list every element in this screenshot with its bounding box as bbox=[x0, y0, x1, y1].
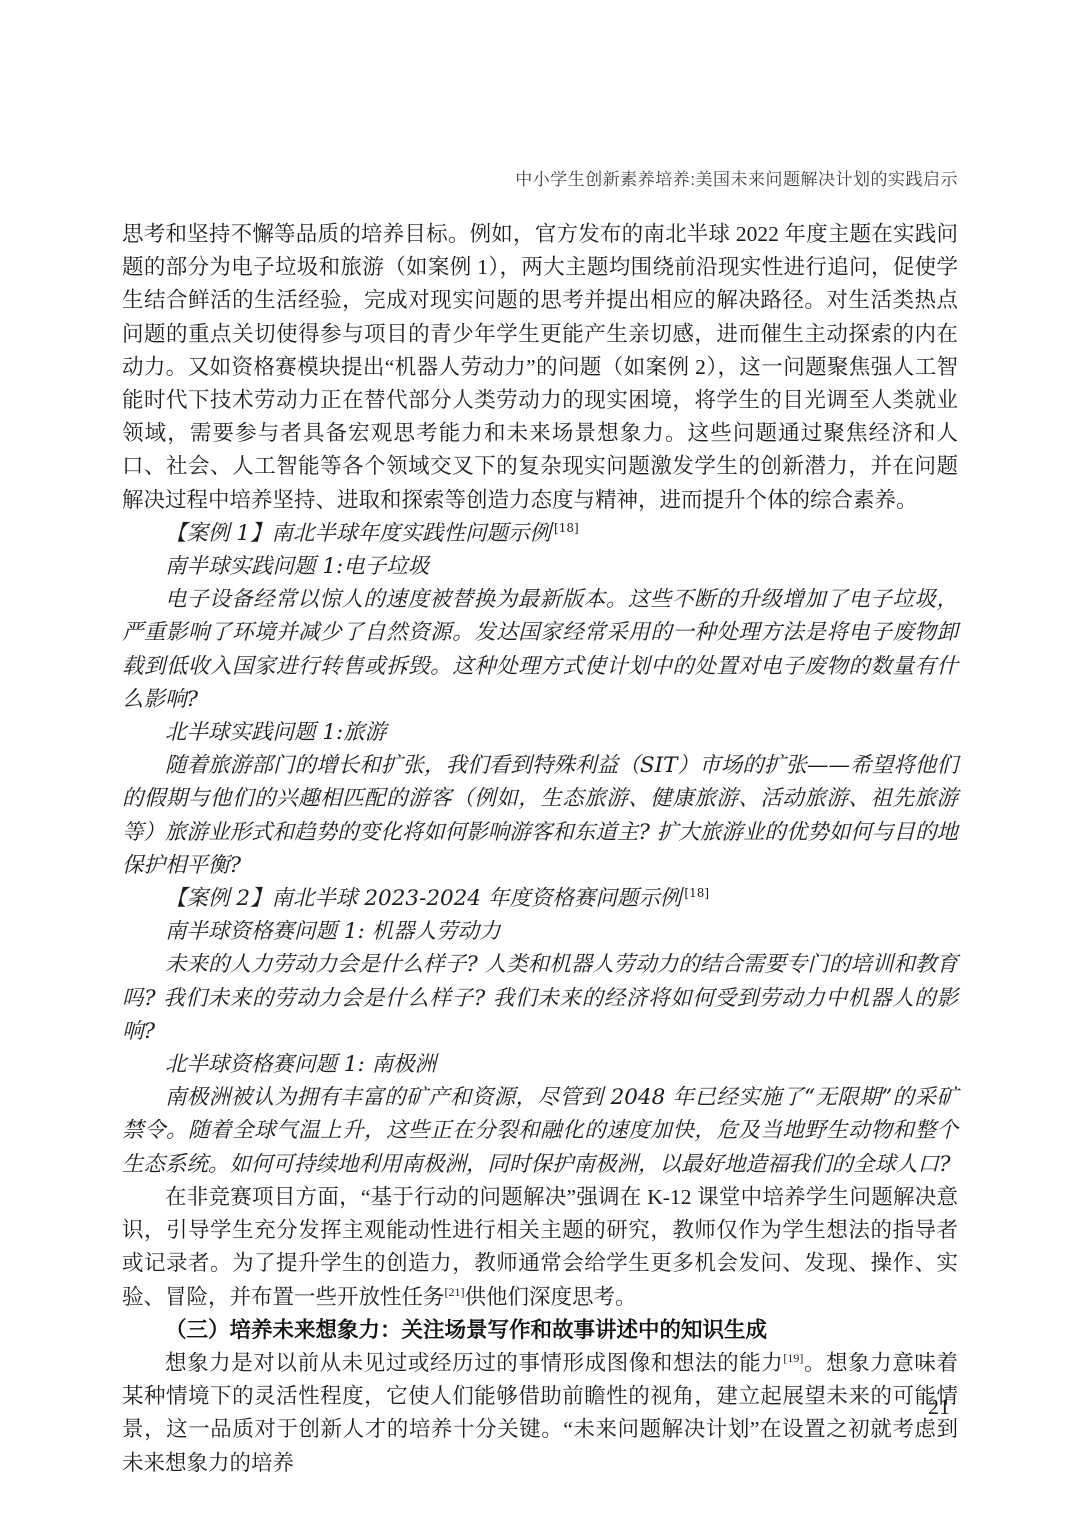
case1-question1-label: 南半球实践问题 1:电子垃圾 bbox=[122, 550, 958, 583]
running-header: 中小学生创新素养培养:美国未来问题解决计划的实践启示 bbox=[122, 165, 958, 190]
case2-title-text: 【案例 2】南北半球 2023-2024 年度资格赛问题示例 bbox=[165, 886, 681, 911]
case2-question2-text: 南极洲被认为拥有丰富的矿产和资源，尽管到 2048 年已经实施了“无限期”的采矿… bbox=[122, 1081, 958, 1181]
citation-ref: [21] bbox=[445, 1284, 465, 1298]
page-body: 思考和坚持不懈等品质的培养目标。例如，官方发布的南北半球 2022 年度主题在实… bbox=[122, 218, 958, 1480]
paragraph-noncompetition: 在非竞赛项目方面，“基于行动的问题解决”强调在 K-12 课堂中培养学生问题解决… bbox=[122, 1181, 958, 1314]
citation-ref: [19] bbox=[783, 1351, 803, 1365]
case2-question1-label: 南半球资格赛问题 1: 机器人劳动力 bbox=[122, 915, 958, 948]
noncompetition-text-after: 供他们深度思考。 bbox=[465, 1285, 637, 1309]
paragraph-continuation: 思考和坚持不懈等品质的培养目标。例如，官方发布的南北半球 2022 年度主题在实… bbox=[122, 218, 958, 517]
paper-page: 中小学生创新素养培养:美国未来问题解决计划的实践启示 思考和坚持不懈等品质的培养… bbox=[0, 0, 1080, 1528]
imagination-text-before: 想象力是对以前从未见过或经历过的事情形成图像和想法的能力 bbox=[165, 1351, 783, 1375]
case1-question1-text: 电子设备经常以惊人的速度被替换为最新版本。这些不断的升级增加了电子垃圾，严重影响… bbox=[122, 583, 958, 716]
case2-question1-text: 未来的人力劳动力会是什么样子? 人类和机器人劳动力的结合需要专门的培训和教育吗?… bbox=[122, 948, 958, 1048]
case1-title: 【案例 1】南北半球年度实践性问题示例[18] bbox=[122, 517, 958, 550]
case2-question2-label: 北半球资格赛问题 1: 南极洲 bbox=[122, 1048, 958, 1081]
citation-ref: [18] bbox=[554, 521, 579, 535]
case1-question2-text: 随着旅游部门的增长和扩张，我们看到特殊利益（SIT）市场的扩张——希望将他们的假… bbox=[122, 749, 958, 882]
case2-title: 【案例 2】南北半球 2023-2024 年度资格赛问题示例[18] bbox=[122, 882, 958, 915]
section-heading: （三）培养未来想象力：关注场景写作和故事讲述中的知识生成 bbox=[122, 1314, 958, 1347]
case1-question2-label: 北半球实践问题 1:旅游 bbox=[122, 716, 958, 749]
citation-ref: [18] bbox=[684, 886, 709, 900]
page-number: 21 bbox=[122, 1394, 950, 1420]
case1-title-text: 【案例 1】南北半球年度实践性问题示例 bbox=[165, 521, 551, 546]
